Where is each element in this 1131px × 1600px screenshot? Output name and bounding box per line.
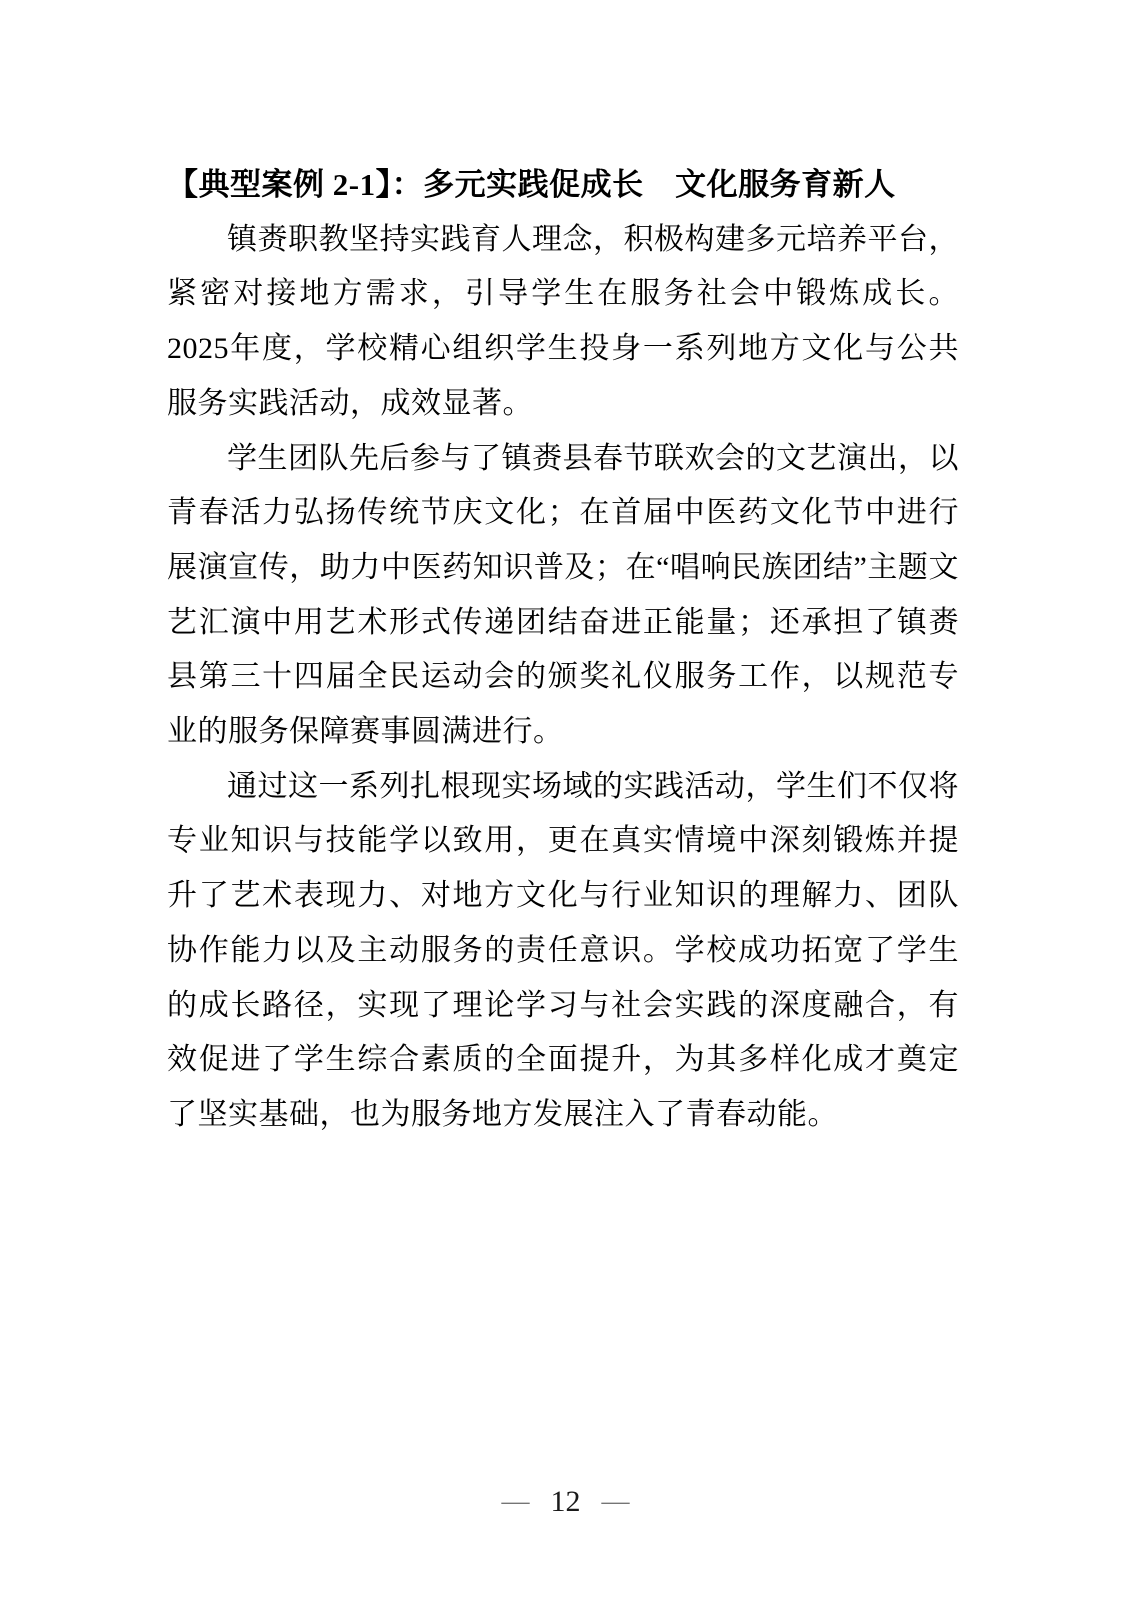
page-number: 12 bbox=[551, 1482, 581, 1522]
paragraph-3: 通过这一系列扎根现实场域的实践活动，学生们不仅将专业知识与技能学以致用，更在真实… bbox=[167, 760, 959, 1143]
page-footer: — 12 — bbox=[0, 1482, 1131, 1522]
paragraph-2: 学生团队先后参与了镇赉县春节联欢会的文艺演出，以青春活力弘扬传统节庆文化；在首届… bbox=[167, 432, 959, 760]
document-page: 【典型案例 2-1】：多元实践促成长 文化服务育新人 镇赉职教坚持实践育人理念，… bbox=[0, 0, 1131, 1600]
footer-left-dash: — bbox=[502, 1482, 530, 1522]
footer-right-dash: — bbox=[602, 1482, 630, 1522]
case-heading: 【典型案例 2-1】：多元实践促成长 文化服务育新人 bbox=[167, 158, 959, 213]
paragraph-1: 镇赉职教坚持实践育人理念，积极构建多元培养平台，紧密对接地方需求，引导学生在服务… bbox=[167, 213, 959, 432]
text-block: 【典型案例 2-1】：多元实践促成长 文化服务育新人 镇赉职教坚持实践育人理念，… bbox=[167, 158, 959, 1143]
